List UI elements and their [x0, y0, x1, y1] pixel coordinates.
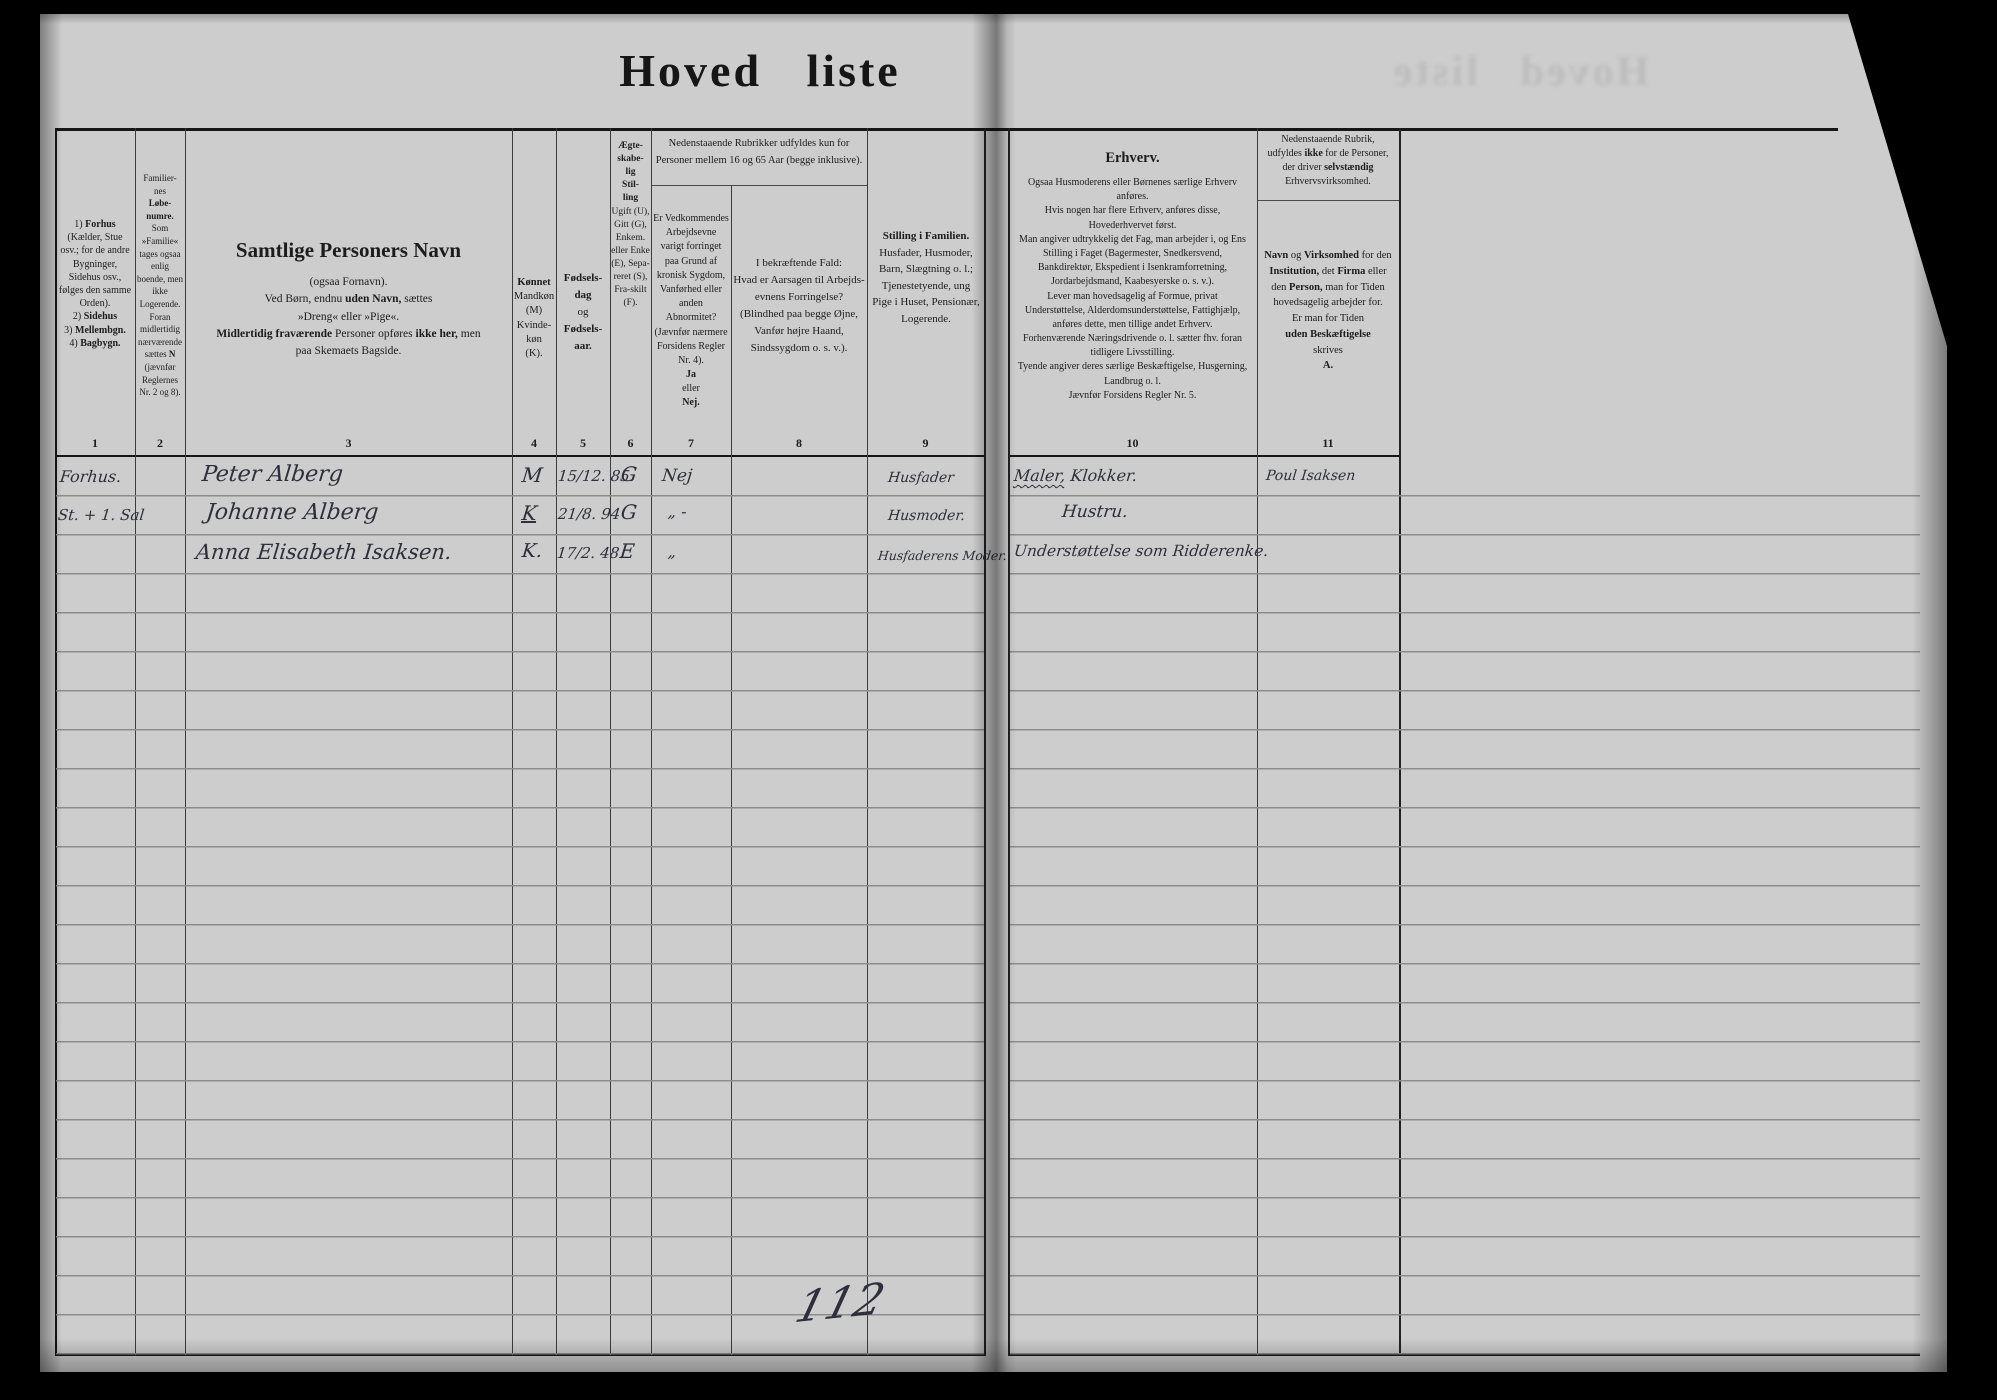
column-header-cause: I bekræftende Fald:Hvad er Aarsagen til … — [733, 255, 865, 357]
column-header-names-sub: (ogsaa Fornavn).Ved Børn, endnu uden Nav… — [190, 274, 507, 360]
row-3-birth: 17/2. 48. — [556, 544, 625, 562]
column-number-11: 11 — [1257, 434, 1399, 452]
row-1-sex: M — [521, 463, 544, 487]
column-header-occupation-title: Erhverv. — [1008, 150, 1257, 167]
row-2-name: Johanne Alberg — [205, 500, 380, 525]
column-header-employer: Navn og Virksomhed for den Institution, … — [1261, 248, 1395, 374]
column-number-3: 3 — [185, 434, 512, 452]
sheet-number: 112 — [790, 1274, 890, 1333]
ruled-lines-left-page — [56, 458, 984, 1355]
row-3-occupation: Understøttelse som Ridderenke. — [1013, 542, 1269, 560]
header-bottom-rule-right — [1008, 455, 1399, 457]
row-1-occupation-rest: Klokker. — [1064, 466, 1138, 485]
column-number-9: 9 — [867, 434, 984, 452]
grid-line-v — [984, 128, 986, 1356]
row-3-name: Anna Elisabeth Isaksen. — [195, 540, 453, 564]
row-2-work-impaired: „ - — [667, 502, 688, 521]
row-2-marital: G — [620, 500, 639, 524]
row-1-occupation-underlined: Maler, — [1013, 466, 1066, 485]
column-header-marital: Ægte-skabe-ligStil-lingUgift (U), Gitt (… — [611, 140, 650, 310]
group-header-16-65: Nedenstaaende Rubrikker udfyldes kun for… — [655, 136, 863, 170]
row-1-employer: Poul Isaksen — [1265, 468, 1356, 484]
column-number-10: 10 — [1008, 434, 1257, 452]
column-header-names-title: Samtlige Personers Navn — [185, 238, 512, 263]
header-bottom-rule-left — [55, 455, 984, 457]
row-3-marital: E — [619, 539, 636, 563]
column-header-sex: KønnetMandkøn(M)Kvinde-køn(K). — [513, 276, 555, 361]
page-title: Hoved liste — [480, 44, 1040, 97]
column-number-6: 6 — [610, 434, 651, 452]
title-bleedthrough: Hoved liste — [1240, 48, 1800, 96]
column-header-family-number: Familier-nesLøbe-numre.Som »Familie« tag… — [137, 172, 183, 399]
row-1-family-position: Husfader — [887, 470, 955, 486]
column-number-1: 1 — [55, 434, 135, 452]
row-2-family-position: Husmoder. — [887, 508, 966, 524]
row-1-name: Peter Alberg — [201, 462, 344, 487]
group-header-divider — [651, 185, 867, 186]
row-2-dwelling: St. + 1. Sal — [57, 506, 145, 524]
row-3-family-position: Husfaderens Moder. — [877, 548, 1008, 563]
column-number-2: 2 — [135, 434, 185, 452]
employer-note-divider — [1257, 200, 1399, 201]
column-number-5: 5 — [556, 434, 610, 452]
column-header-employer-note: Nedenstaaende Rubrik,udfyldes ikke for d… — [1261, 133, 1395, 189]
row-2-occupation: Hustru. — [1061, 502, 1129, 522]
table-top-rule — [55, 128, 1838, 131]
column-header-dwelling: 1) Forhus(Kælder, Stue osv.; for de andr… — [57, 218, 133, 350]
row-1-work-impaired: Nej — [661, 466, 693, 486]
census-sheet-scan: Hoved liste Hoved liste 1) Forhus(Kælder… — [0, 0, 1997, 1400]
column-header-occupation: Ogsaa Husmoderens eller Børnenes særlige… — [1016, 176, 1249, 403]
row-2-sex: K — [521, 501, 538, 525]
row-1-marital: G — [620, 462, 639, 486]
column-header-birth: Fødsels-dagogFødsels-aar. — [557, 270, 609, 355]
column-header-family-position: Stilling i Familien.Husfader, Husmoder, … — [871, 228, 981, 327]
row-2-birth: 21/8. 94 — [557, 505, 621, 523]
column-number-7: 7 — [651, 434, 731, 452]
ruled-lines-right-page — [1010, 458, 1920, 1355]
column-number-8: 8 — [731, 434, 867, 452]
column-number-4: 4 — [512, 434, 556, 452]
row-1-dwelling: Forhus. — [59, 467, 122, 486]
row-3-sex: K. — [521, 540, 544, 562]
row-1-occupation: Maler, Klokker. — [1013, 466, 1138, 485]
column-header-work-ability: Er Vedkommendes Arbejdsevne varigt forri… — [653, 212, 729, 411]
